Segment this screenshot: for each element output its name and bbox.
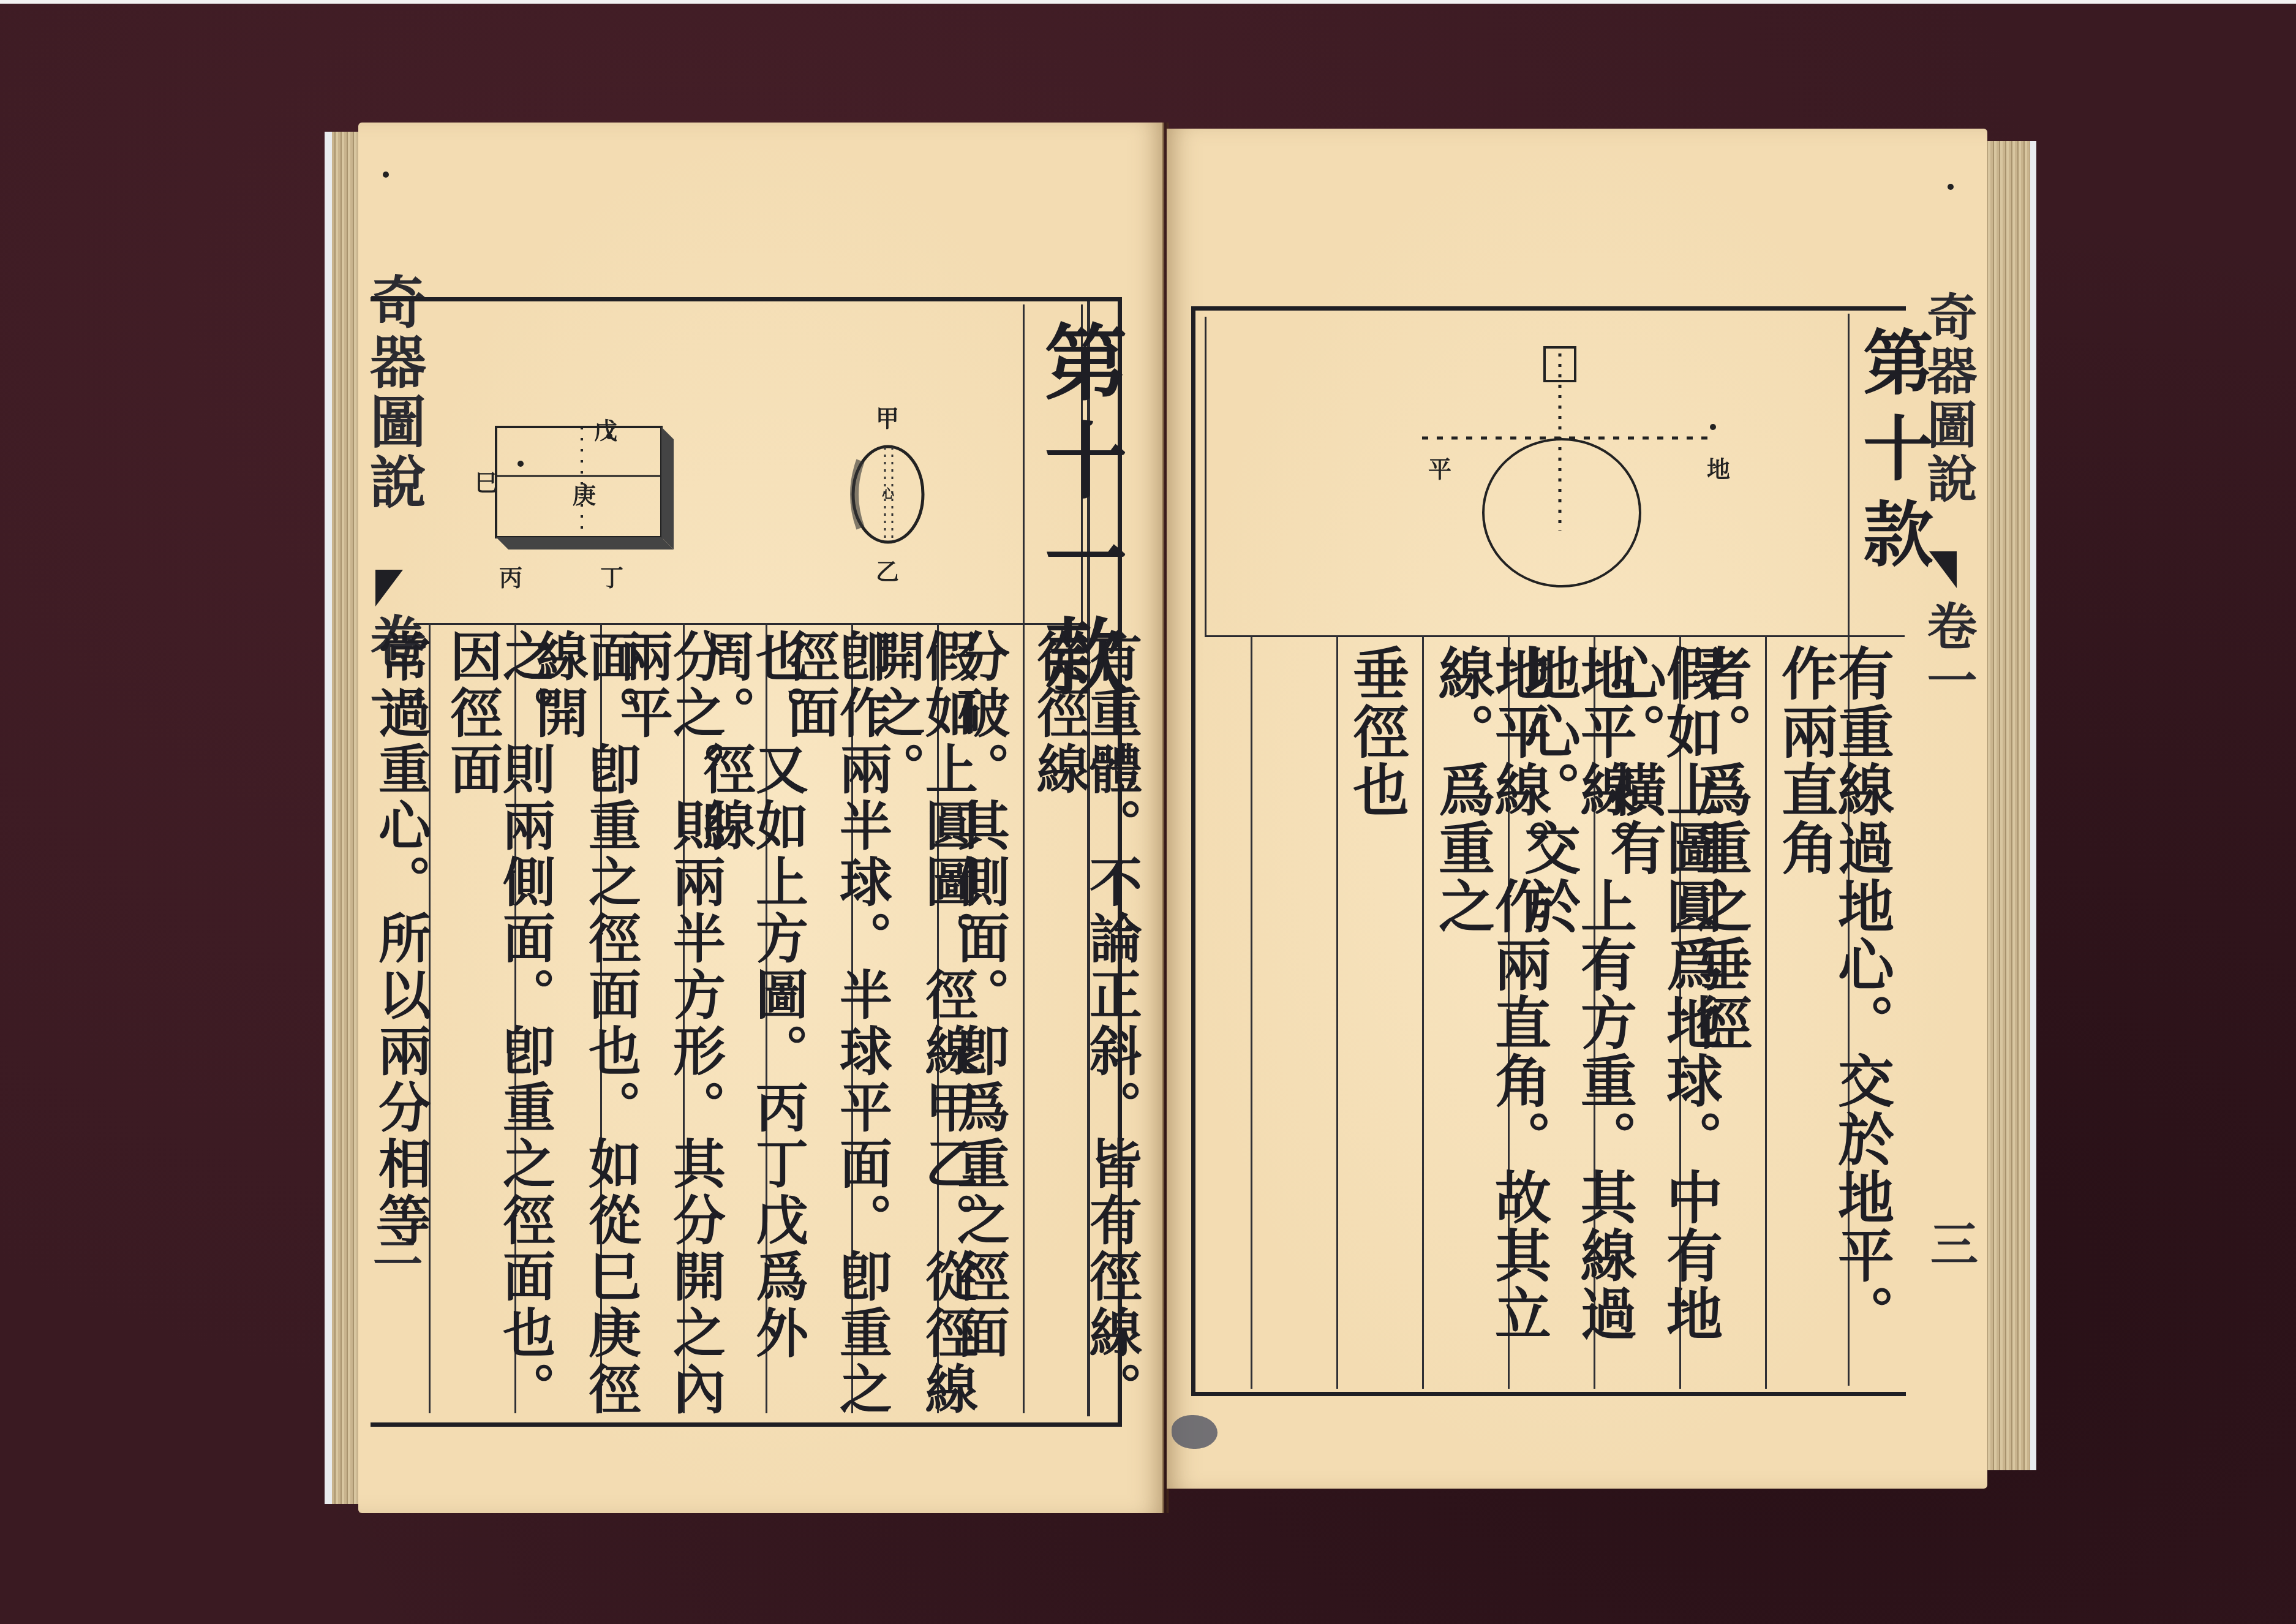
column-rule	[1251, 635, 1252, 1389]
label-bing: 丙	[499, 559, 522, 592]
label-si: 巳	[475, 464, 498, 497]
label-geng: 庚	[573, 476, 596, 510]
scan-top-strip	[0, 0, 2296, 4]
label-ding: 丁	[600, 559, 623, 592]
left-print-frame: 第十一款 戊 巳 庚 丙 丁 甲 心 乙	[371, 297, 1122, 1427]
column-rule	[1422, 635, 1424, 1389]
label-wu: 戊	[594, 412, 617, 445]
left-page: 奇器圖說 卷一 三 第十一款 戊 巳 庚 丙 丁 甲 心	[358, 123, 1164, 1513]
column-rule	[1336, 635, 1338, 1389]
ink-stain	[1172, 1415, 1218, 1449]
label-center: 心	[882, 484, 894, 502]
column-rule	[1765, 635, 1767, 1389]
text-column-9: 常過重心。所以兩分相等	[374, 629, 426, 1249]
text-column-6: 垂徑也	[1349, 644, 1405, 819]
label-yi: 乙	[876, 553, 899, 586]
right-margin-volume: 卷一	[1923, 600, 1973, 708]
column-rule	[1023, 623, 1025, 1413]
right-page-number: 三	[1926, 1219, 1974, 1271]
text-column-1: 有重體。不論正斜。皆有徑線。從徑線	[1032, 629, 1137, 1422]
label-jia: 甲	[876, 399, 899, 433]
label-ping: 平	[1428, 450, 1451, 484]
text-column-1: 有重線過地心。交於地平。作兩直角	[1777, 644, 1890, 1392]
label-di: 地	[1707, 450, 1730, 484]
title-column-rule	[1023, 304, 1025, 623]
text-column-8: 之。則兩側面。卽重之徑面也。因徑面	[445, 629, 551, 1422]
right-section-title: 第十款	[1857, 326, 1927, 583]
text-column-5: 地平線。作兩直角。故其立線。爲重之	[1434, 644, 1547, 1392]
paper-speck	[383, 172, 389, 178]
right-print-frame: 第十款 平 地 有重線過地心。交於地平。作兩直角 者。爲重之垂徑 假如上圖圓爲地…	[1191, 306, 1906, 1396]
paper-speck	[1948, 184, 1954, 190]
right-page: 第十款 平 地 有重線過地心。交於地平。作兩直角 者。爲重之垂徑 假如上圖圓爲地…	[1167, 129, 1987, 1489]
right-margin-title: 奇器圖說	[1923, 291, 1973, 507]
fish-tail-mark	[1929, 551, 1957, 588]
